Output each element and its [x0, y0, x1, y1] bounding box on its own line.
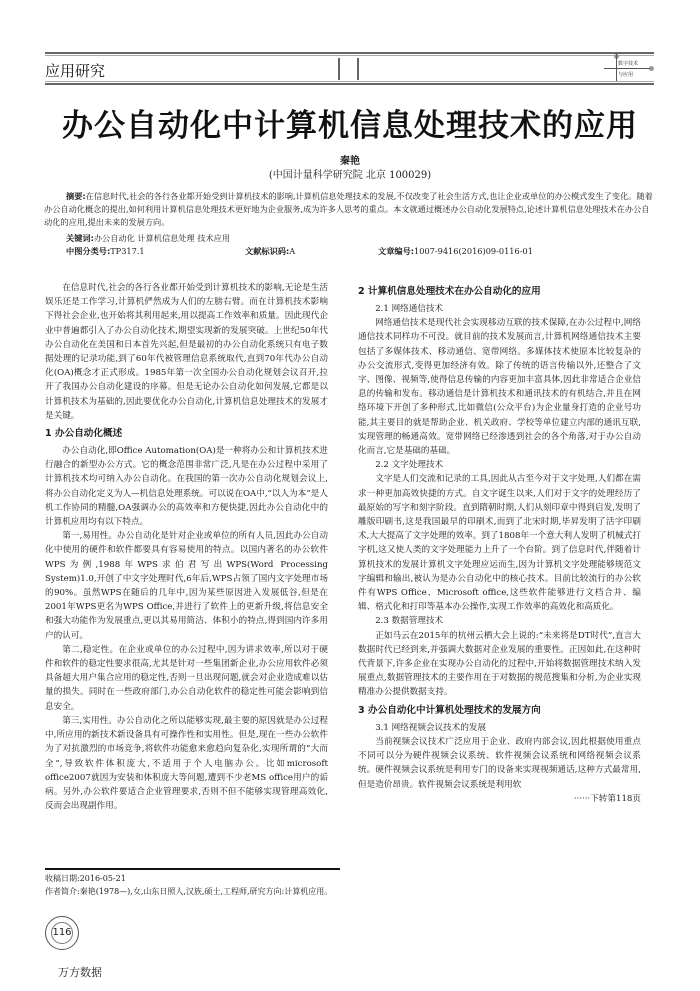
header-divider: [338, 58, 340, 80]
section-2-heading: 2 计算机信息处理技术在办公自动化的应用: [358, 284, 641, 299]
header-rule: [45, 81, 654, 82]
section-1-heading: 1 办公自动化概述: [45, 426, 328, 441]
doc-code-value: A: [289, 246, 295, 256]
keywords-text: 办公自动化 计算机信息处理 技术应用: [94, 233, 230, 243]
paragraph: 第三,实用性。办公自动化之所以能够实现,最主要的原因就是办公过程中,所应用的新技…: [45, 714, 328, 813]
doc-code-label: 文献标识码:: [245, 246, 289, 256]
keywords: 关键词:办公自动化 计算机信息处理 技术应用: [66, 233, 230, 244]
paragraph: 当前视频会议技术广泛应用于企业、政府内部会议,因此根据使用重点不同可以分为硬件视…: [358, 735, 641, 792]
right-column: 2 计算机信息处理技术在办公自动化的应用 2.1 网络通信技术 网络通信技术是现…: [358, 281, 641, 806]
abstract-text: 在信息时代,社会的各行各业都开始受到计算机技术的影响,计算机信息处理技术的发展,…: [44, 191, 653, 227]
paragraph: 正如马云在2015年的杭州云栖大会上说的:“未来将是DT时代”,直言大数据时代已…: [358, 629, 641, 700]
footnote-divider: [45, 868, 340, 870]
continued-note: ······下转第118页: [358, 792, 641, 806]
watermark: 万方数据: [58, 964, 102, 980]
paragraph: 网络通信技术是现代社会实现移动互联的技术保障,在办公过程中,网络通信技术同样功不…: [358, 316, 641, 458]
paragraph: 第一,易用性。办公自动化是针对企业或单位的所有人员,因此办公自动化中使用的硬件和…: [45, 529, 328, 643]
article-no-label: 文章编号:: [378, 246, 414, 256]
intro-paragraph: 在信息时代,社会的各行各业都开始受到计算机技术的影响,无论是生活娱乐还是工作学习…: [45, 281, 328, 423]
subsection-2-1-heading: 2.1 网络通信技术: [358, 302, 641, 316]
subsection-2-2-heading: 2.2 文字处理技术: [358, 458, 641, 472]
author-bio: 作者简介:秦艳(1978—),女,山东日照人,汉族,硕士,工程师,研究方向:计算…: [45, 886, 332, 897]
keywords-label: 关键词:: [66, 233, 94, 243]
abstract-label: 摘要:: [66, 191, 86, 201]
clc-value: TP317.1: [110, 246, 144, 256]
abstract: 摘要:在信息时代,社会的各行各业都开始受到计算机技术的影响,计算机信息处理技术的…: [44, 190, 656, 229]
clc-number: 中图分类号:TP317.1: [66, 246, 145, 257]
left-column: 在信息时代,社会的各行各业都开始受到计算机技术的影响,无论是生活娱乐还是工作学习…: [45, 281, 328, 813]
section-label: 应用研究: [45, 60, 105, 81]
article-title: 办公自动化中计算机信息处理技术的应用: [0, 100, 700, 145]
section-3-heading: 3 办公自动化中计算机处理技术的发展方向: [358, 703, 641, 718]
journal-logo: 数字技术 与应用: [604, 54, 654, 84]
document-code: 文献标识码:A: [245, 246, 295, 257]
page-number-badge: 116: [45, 916, 79, 950]
article-number: 文章编号:1007-9416(2016)09-0116-01: [378, 246, 533, 257]
subsection-3-1-heading: 3.1 网络视频会议技术的发展: [358, 721, 641, 735]
header-rule: [45, 52, 654, 54]
running-header: 应用研究 数字技术 与应用: [45, 52, 654, 85]
paragraph: 第二,稳定性。在企业或单位的办公过程中,因为讲求效率,所以对于硬件和软件的稳定性…: [45, 643, 328, 714]
logo-line: [604, 68, 650, 69]
header-rule: [45, 55, 654, 56]
clc-label: 中图分类号:: [66, 246, 110, 256]
paragraph: 文字是人们交流和记录的工具,因此从古至今对于文字处理,人们都在需求一种更加高效快…: [358, 472, 641, 614]
header-divider: [357, 58, 359, 80]
article-no-value: 1007-9416(2016)09-0116-01: [414, 246, 533, 256]
page-number: 116: [46, 927, 78, 938]
received-date: 收稿日期:2016-05-21: [45, 873, 126, 884]
subsection-2-3-heading: 2.3 数据管理技术: [358, 614, 641, 628]
header-rule: [45, 83, 654, 85]
logo-text-1: 数字技术: [618, 60, 638, 67]
paragraph: 办公自动化,即Office Automation(OA)是一种将办公和计算机技术…: [45, 444, 328, 529]
logo-text-2: 与应用: [618, 71, 633, 78]
author-affiliation: (中国计量科学研究院 北京 100029): [0, 166, 700, 181]
author-name: 秦艳: [0, 152, 700, 167]
